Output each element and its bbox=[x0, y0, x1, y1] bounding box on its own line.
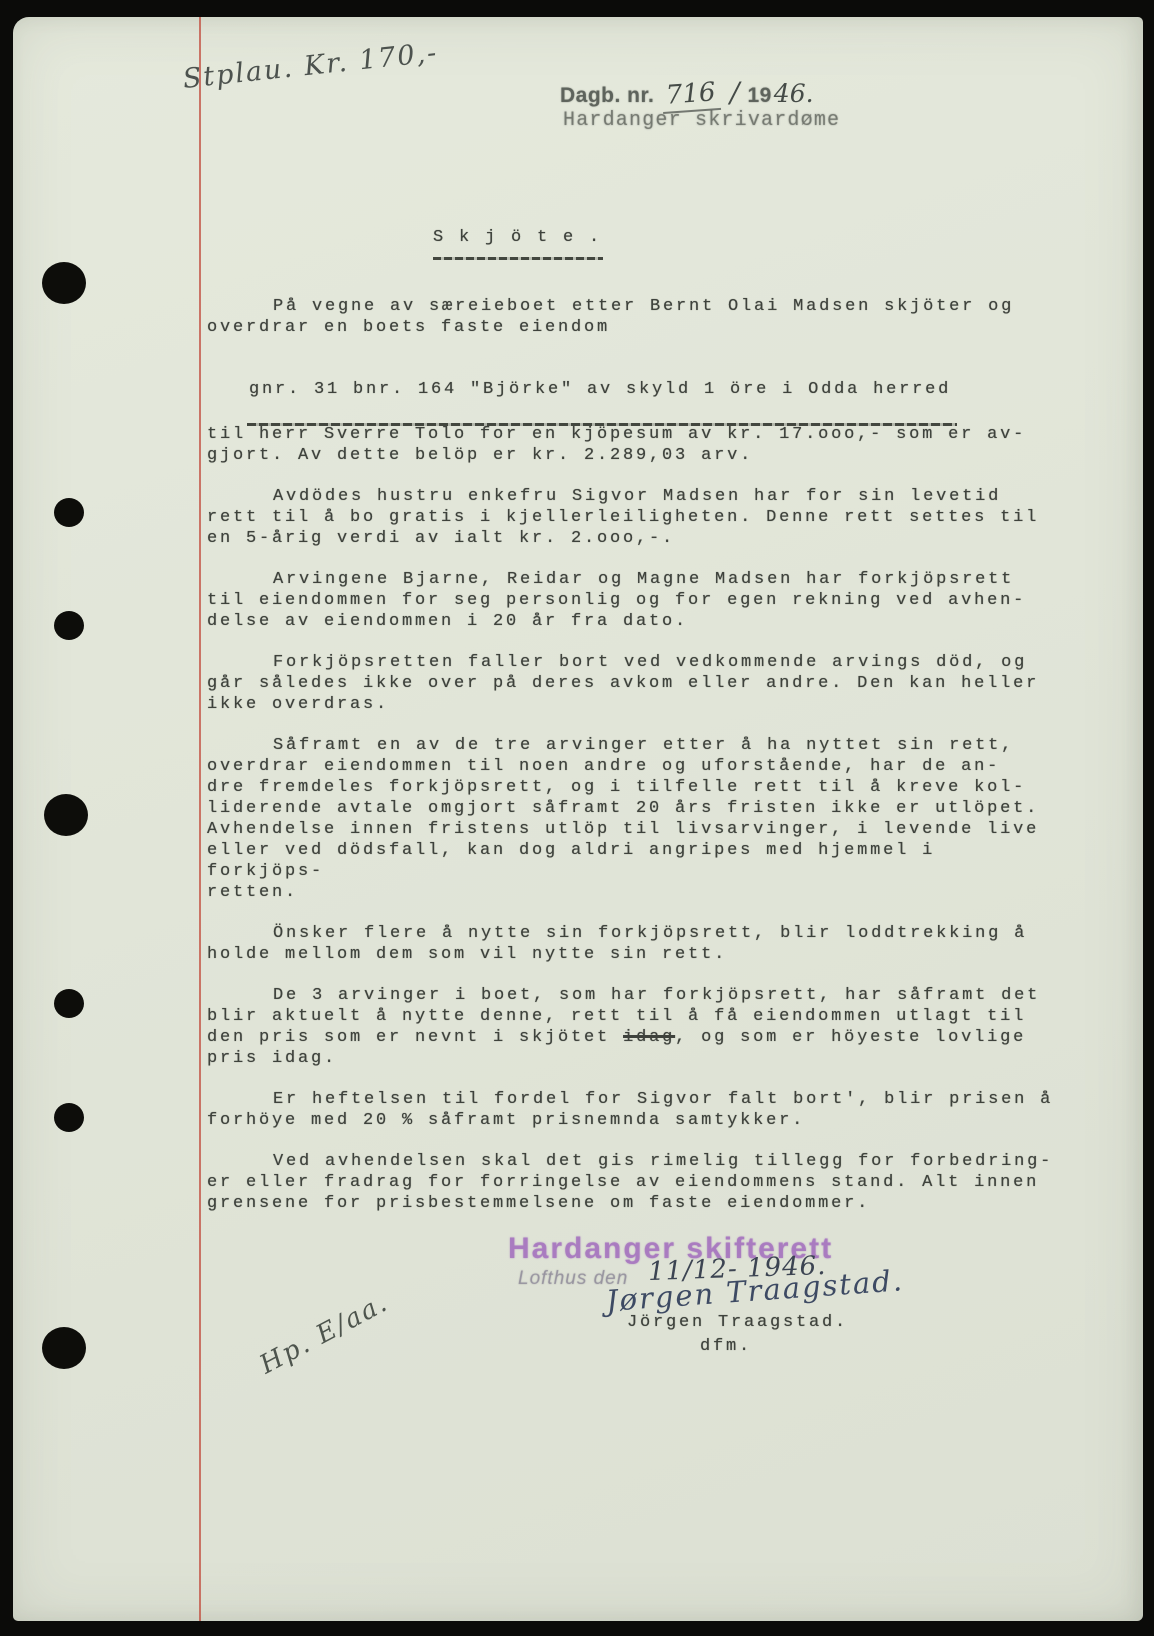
property-designation-text: gnr. 31 bnr. 164 "Björke" av skyld 1 öre… bbox=[247, 358, 957, 424]
court-office-stamp: Hardanger skrivardøme bbox=[563, 109, 840, 132]
struck-word: idag bbox=[623, 1028, 675, 1047]
scanned-document-page: { "colors": { "paper": "#e1e5d8", "typew… bbox=[0, 0, 1154, 1636]
document-title: S k j ö t e . bbox=[433, 227, 602, 248]
paragraph-heirs-preemption: Arvingene Bjarne, Reidar og Magne Madsen… bbox=[207, 569, 1055, 632]
paragraph-widow-rights: Avdödes hustru enkefru Sigvor Madsen har… bbox=[207, 486, 1055, 549]
paragraph-lottery: Önsker flere å nytte sin forkjöpsrett, b… bbox=[207, 923, 1055, 965]
signature-role: dfm. bbox=[700, 1336, 752, 1357]
punch-hole bbox=[42, 262, 86, 304]
document-body: På vegne av særeieboet etter Bernt Olai … bbox=[207, 296, 1055, 1234]
red-margin-line bbox=[199, 17, 201, 1621]
punch-hole bbox=[54, 611, 84, 640]
punch-hole bbox=[44, 794, 88, 836]
title-underline bbox=[433, 257, 603, 260]
paragraph-price-increase: Er heftelsen til fordel for Sigvor falt … bbox=[207, 1089, 1055, 1131]
journal-number-slash: / bbox=[730, 76, 739, 109]
paragraph-price: til herr Sverre Tolo for en kjöpesum av … bbox=[207, 424, 1055, 466]
paragraph-improvements: Ved avhendelsen skal det gis rimelig til… bbox=[207, 1151, 1055, 1214]
punch-hole bbox=[42, 1327, 86, 1369]
paragraph-intro: På vegne av særeieboet etter Bernt Olai … bbox=[207, 296, 1055, 338]
property-designation: gnr. 31 bnr. 164 "Björke" av skyld 1 öre… bbox=[247, 358, 1055, 384]
journal-year-handwritten: 46. bbox=[774, 79, 814, 108]
paragraph-right-lapse: Forkjöpsretten faller bort ved vedkommen… bbox=[207, 652, 1055, 715]
punch-hole bbox=[54, 1103, 84, 1132]
journal-number-stamp-label: Dagb. nr. bbox=[560, 84, 654, 108]
paragraph-payout: De 3 arvinger i boet, som har forkjöpsre… bbox=[207, 985, 1055, 1069]
punch-hole bbox=[54, 989, 84, 1018]
journal-number-stamp: Dagb. nr. 716 / 19 46. bbox=[560, 76, 814, 112]
journal-year-prefix: 19 bbox=[747, 84, 771, 108]
signature-typed-name: Jörgen Traagstad. bbox=[627, 1312, 848, 1333]
property-underline bbox=[247, 423, 957, 426]
punch-hole bbox=[54, 498, 84, 527]
property-designation-value: gnr. 31 bnr. 164 "Björke" av skyld 1 öre… bbox=[249, 380, 951, 399]
paragraph-collision-rules: Såframt en av de tre arvinger etter å ha… bbox=[207, 735, 1055, 903]
